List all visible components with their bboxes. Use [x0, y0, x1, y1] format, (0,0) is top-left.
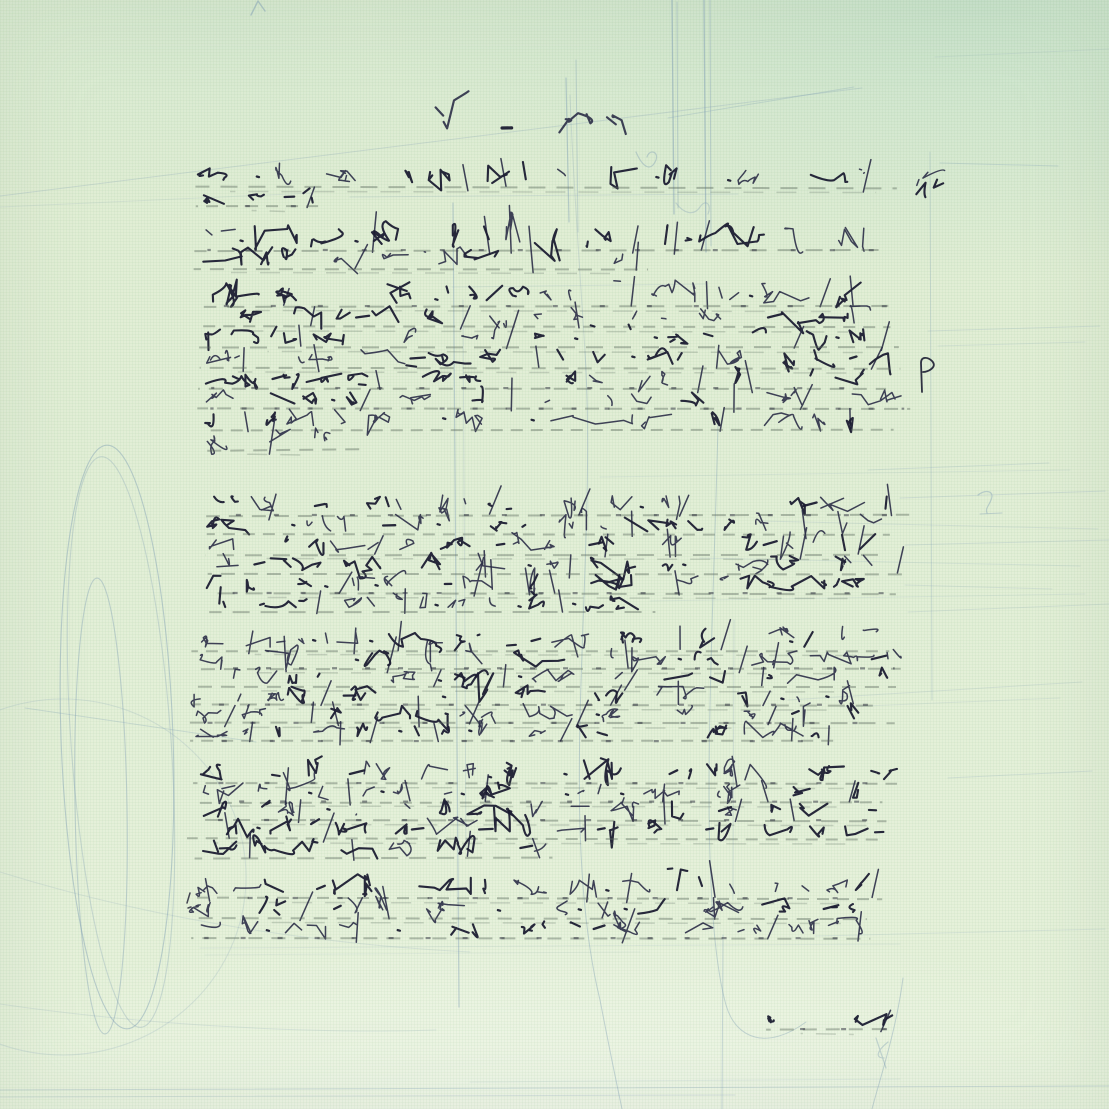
scrawl-dash [435, 296, 752, 300]
scrawl-dash [334, 905, 838, 910]
scrawl-stroke [201, 756, 897, 785]
scrawl-dash [520, 846, 532, 848]
paragraph-6-scrawl [187, 756, 897, 860]
scrawl-stroke [917, 170, 945, 185]
scrawl-dash [436, 604, 576, 607]
scrawl-stroke [198, 162, 847, 190]
baseline-rule [204, 306, 898, 307]
baseline-rule [766, 1029, 894, 1030]
baseline-rule [195, 802, 883, 803]
baseline-rule [208, 574, 905, 575]
title-scrawl [436, 91, 651, 134]
scrawl-stroke [227, 808, 884, 848]
paragraph-4-scrawl [206, 484, 909, 613]
scrawl-dash [497, 541, 777, 545]
baseline-rule [194, 250, 887, 251]
baseline-echo [256, 923, 841, 924]
scrawl-dash [327, 807, 731, 812]
baseline-echo [261, 691, 834, 692]
baseline-echo [252, 211, 285, 212]
scrawl-stroke [206, 206, 864, 255]
baseline-rule [207, 593, 896, 594]
scrawl-stroke [339, 558, 728, 596]
baseline-echo [230, 806, 837, 807]
scrawl-stroke [250, 831, 546, 860]
baseline-echo [238, 825, 868, 826]
scrawl-stroke [207, 517, 734, 534]
baseline-rule [195, 858, 553, 859]
baseline-echo [257, 673, 838, 674]
scrawl-stroke [768, 1014, 892, 1025]
baseline-echo [238, 372, 860, 373]
handwriting-layer [0, 0, 1109, 1109]
scrawl-stroke [451, 921, 580, 937]
baseline-echo [255, 655, 858, 656]
scrawl-stroke [265, 869, 869, 897]
baseline-echo [275, 788, 844, 789]
baseline-rule [192, 704, 883, 705]
baseline-rule [198, 449, 360, 451]
scrawl-dash [439, 676, 521, 681]
paragraph-3-scrawl [197, 276, 910, 455]
paragraph-5-scrawl [190, 620, 901, 745]
baseline-rule [190, 918, 867, 919]
baseline-rule [204, 430, 894, 431]
baseline-rule [187, 838, 885, 839]
scrawl-stroke [204, 188, 313, 203]
baseline-rule [207, 534, 890, 535]
scrawl-stroke [436, 91, 651, 134]
scanned-letter-page [0, 0, 1109, 1109]
signature-scrawl [766, 1010, 894, 1034]
scrawl-dash [257, 828, 713, 830]
baseline-echo [268, 352, 868, 353]
scrawl-dash [292, 524, 440, 525]
scrawl-stroke [480, 783, 858, 799]
baseline-rule [198, 326, 891, 327]
margin-scrawl [916, 170, 944, 197]
scrawl-stroke [196, 861, 878, 903]
baseline-echo [234, 454, 302, 455]
scrawl-dash [332, 400, 334, 401]
baseline-rule [195, 187, 896, 189]
scrawl-stroke [271, 553, 846, 580]
scrawl-dash [356, 656, 886, 660]
baseline-echo [230, 192, 876, 193]
paragraph-2-scrawl [194, 206, 887, 274]
scrawl-dash [411, 357, 857, 359]
baseline-echo [231, 273, 623, 274]
baseline-echo [254, 709, 834, 710]
scrawl-dash [309, 791, 623, 794]
scrawl-stroke [389, 627, 822, 652]
scrawl-dash [257, 177, 731, 181]
scrawl-stroke [219, 587, 640, 611]
baseline-echo [268, 598, 857, 599]
baseline-rule [200, 368, 901, 369]
scrawl-dash [344, 696, 829, 700]
baseline-echo [801, 1034, 854, 1035]
paragraph-1-scrawl [195, 159, 896, 212]
baseline-echo [267, 559, 830, 560]
scrawl-stroke [284, 276, 853, 309]
scrawl-stroke [916, 179, 943, 197]
paragraph-7-scrawl [190, 861, 883, 943]
